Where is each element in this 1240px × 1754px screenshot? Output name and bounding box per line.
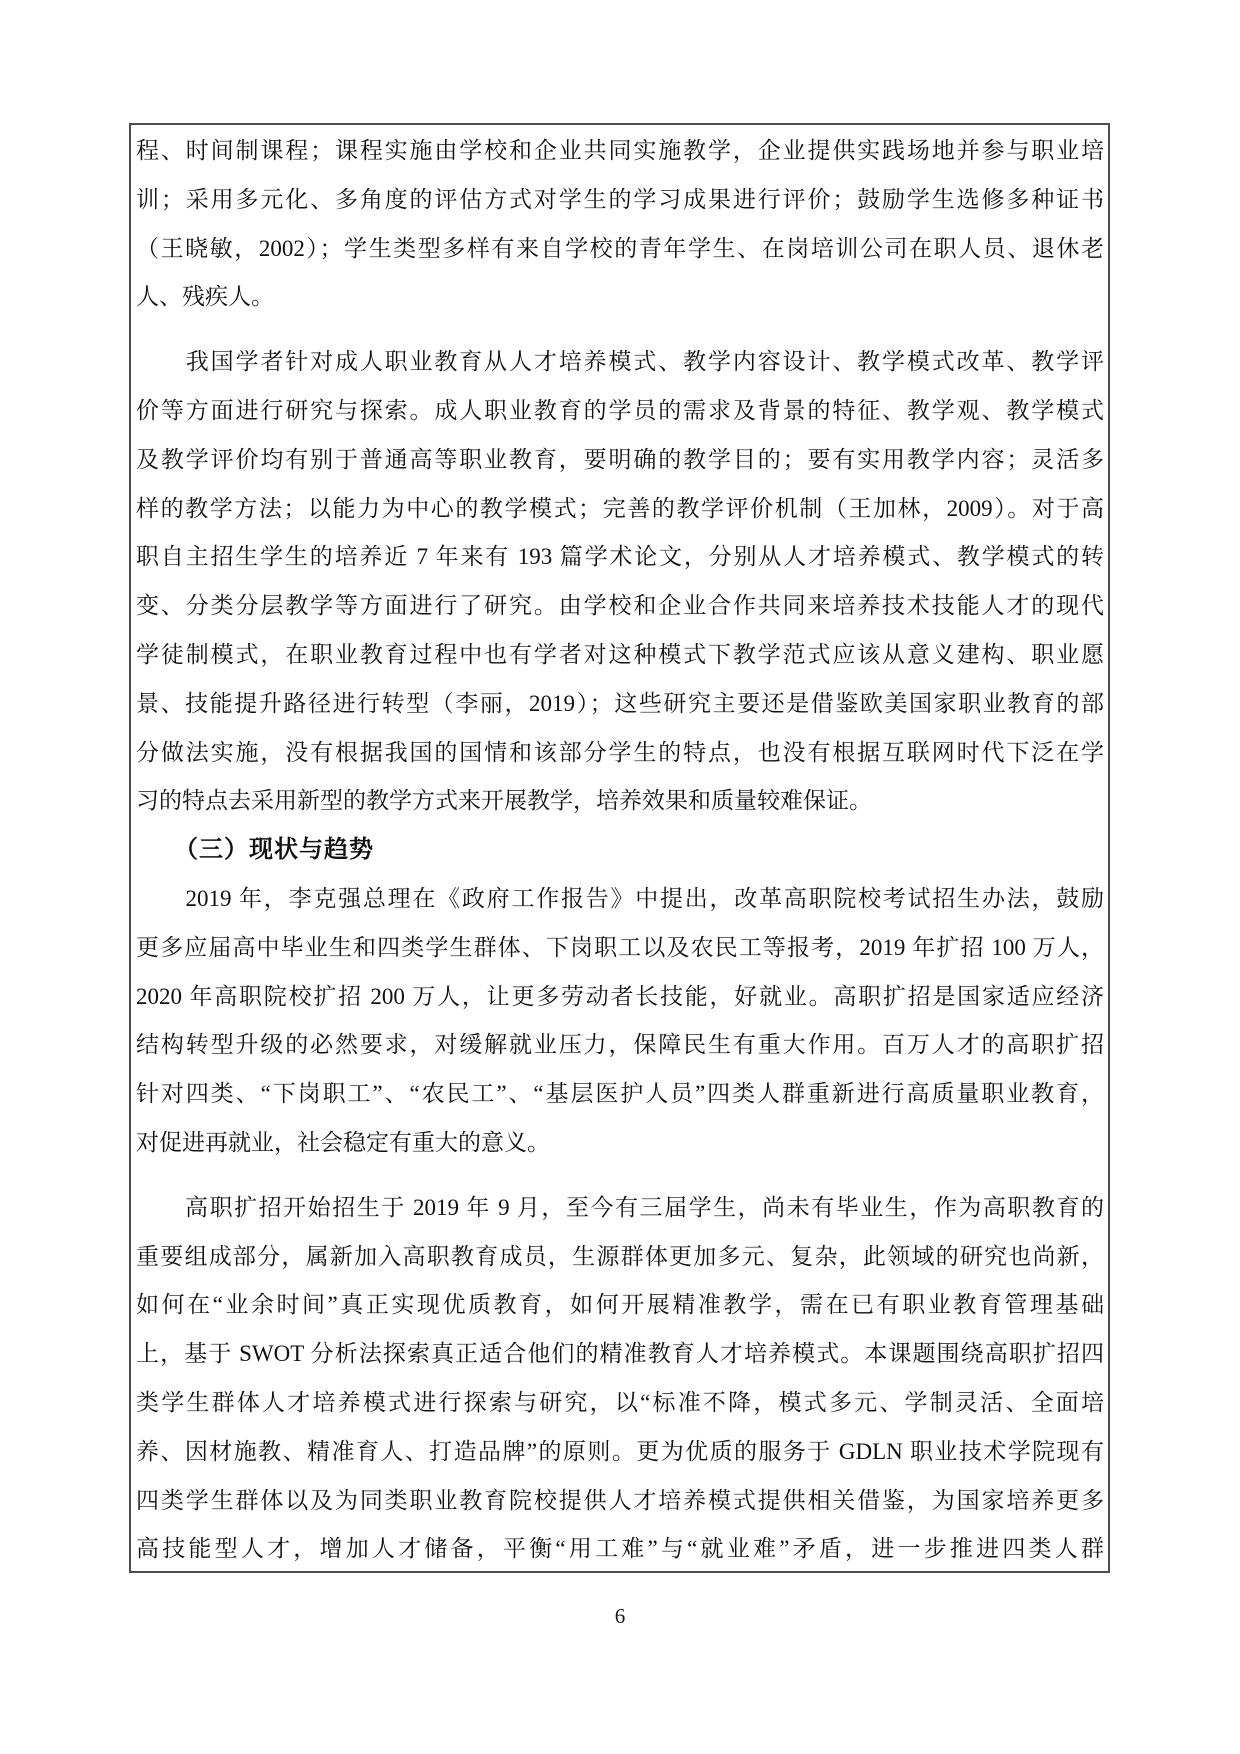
text-line: （王晓敏，2002）；学生类型多样有来自学校的青年学生、在岗培训公司在职人员、退… bbox=[136, 225, 1104, 274]
document-page: { "page": { "number": "6", "background":… bbox=[0, 0, 1240, 1754]
text-line: 高技能型人才，增加人才储备，平衡“用工难”与“就业难”矛盾，进一步推进四类人群 bbox=[136, 1525, 1104, 1573]
text-line: 如何在“业余时间”真正实现优质教育，如何开展精准教学，需在已有职业教育管理基础 bbox=[136, 1281, 1104, 1330]
paragraph: 高职扩招开始招生于 2019 年 9 月，至今有三届学生，尚未有毕业生，作为高职… bbox=[136, 1184, 1104, 1573]
page-number: 6 bbox=[0, 1602, 1240, 1630]
text-line: 2020 年高职院校扩招 200 万人，让更多劳动者长技能，好就业。高职扩招是国… bbox=[136, 973, 1104, 1022]
paragraph: 程、时间制课程；课程实施由学校和企业共同实施教学，企业提供实践场地并参与职业培训… bbox=[136, 127, 1104, 322]
text-line: 训；采用多元化、多角度的评估方式对学生的学习成果进行评价；鼓励学生选修多种证书 bbox=[136, 176, 1104, 225]
paragraph: 我国学者针对成人职业教育从人才培养模式、教学内容设计、教学模式改革、教学评价等方… bbox=[136, 338, 1104, 826]
document-border-box: 程、时间制课程；课程实施由学校和企业共同实施教学，企业提供实践场地并参与职业培训… bbox=[129, 123, 1110, 1573]
text-line: 2019 年，李克强总理在《政府工作报告》中提出，改革高职院校考试招生办法，鼓励 bbox=[136, 875, 1104, 924]
text-line: 对促进再就业，社会稳定有重大的意义。 bbox=[136, 1119, 1104, 1168]
text-line: 四类学生群体以及为同类职业教育院校提供人才培养模式提供相关借鉴，为国家培养更多 bbox=[136, 1477, 1104, 1526]
text-line: 及教学评价均有别于普通高等职业教育，要明确的教学目的；要有实用教学内容；灵活多 bbox=[136, 436, 1104, 485]
text-line: 样的教学方法；以能力为中心的教学模式；完善的教学评价机制（王加林，2009）。对… bbox=[136, 485, 1104, 534]
text-line: 变、分类分层教学等方面进行了研究。由学校和企业合作共同来培养技术技能人才的现代 bbox=[136, 582, 1104, 631]
text-line: 高职扩招开始招生于 2019 年 9 月，至今有三届学生，尚未有毕业生，作为高职… bbox=[136, 1184, 1104, 1233]
text-line: 重要组成部分，属新加入高职教育成员，生源群体更加多元、复杂，此领域的研究也尚新， bbox=[136, 1233, 1104, 1282]
section-heading: （三）现状与趋势 bbox=[136, 826, 1104, 875]
text-line: 养、因材施教、精准育人、打造品牌”的原则。更为优质的服务于 GDLN 职业技术学… bbox=[136, 1428, 1104, 1477]
text-line: 职自主招生学生的培养近 7 年来有 193 篇学术论文，分别从人才培养模式、教学… bbox=[136, 533, 1104, 582]
text-line: 价等方面进行研究与探索。成人职业教育的学员的需求及背景的特征、教学观、教学模式 bbox=[136, 387, 1104, 436]
text-line: 针对四类、“下岗职工”、“农民工”、“基层医护人员”四类人群重新进行高质量职业教… bbox=[136, 1070, 1104, 1119]
text-line: 人、残疾人。 bbox=[136, 273, 1104, 322]
text-line: 结构转型升级的必然要求，对缓解就业压力，保障民生有重大作用。百万人才的高职扩招 bbox=[136, 1021, 1104, 1070]
text-line: 上，基于 SWOT 分析法探索真正适合他们的精准教育人才培养模式。本课题围绕高职… bbox=[136, 1330, 1104, 1379]
text-line: 我国学者针对成人职业教育从人才培养模式、教学内容设计、教学模式改革、教学评 bbox=[136, 338, 1104, 387]
text-line: 习的特点去采用新型的教学方式来开展教学，培养效果和质量较难保证。 bbox=[136, 777, 1104, 826]
text-line: 程、时间制课程；课程实施由学校和企业共同实施教学，企业提供实践场地并参与职业培 bbox=[136, 127, 1104, 176]
text-line: 学徒制模式，在职业教育过程中也有学者对这种模式下教学范式应该从意义建构、职业愿 bbox=[136, 631, 1104, 680]
document-body: 程、时间制课程；课程实施由学校和企业共同实施教学，企业提供实践场地并参与职业培训… bbox=[136, 127, 1104, 1573]
text-line: 更多应届高中毕业生和四类学生群体、下岗职工以及农民工等报考，2019 年扩招 1… bbox=[136, 924, 1104, 973]
text-line: 类学生群体人才培养模式进行探索与研究，以“标准不降，模式多元、学制灵活、全面培 bbox=[136, 1379, 1104, 1428]
text-line: 景、技能提升路径进行转型（李丽，2019）；这些研究主要还是借鉴欧美国家职业教育… bbox=[136, 680, 1104, 729]
paragraph: 2019 年，李克强总理在《政府工作报告》中提出，改革高职院校考试招生办法，鼓励… bbox=[136, 875, 1104, 1168]
text-line: 分做法实施，没有根据我国的国情和该部分学生的特点，也没有根据互联网时代下泛在学 bbox=[136, 729, 1104, 778]
